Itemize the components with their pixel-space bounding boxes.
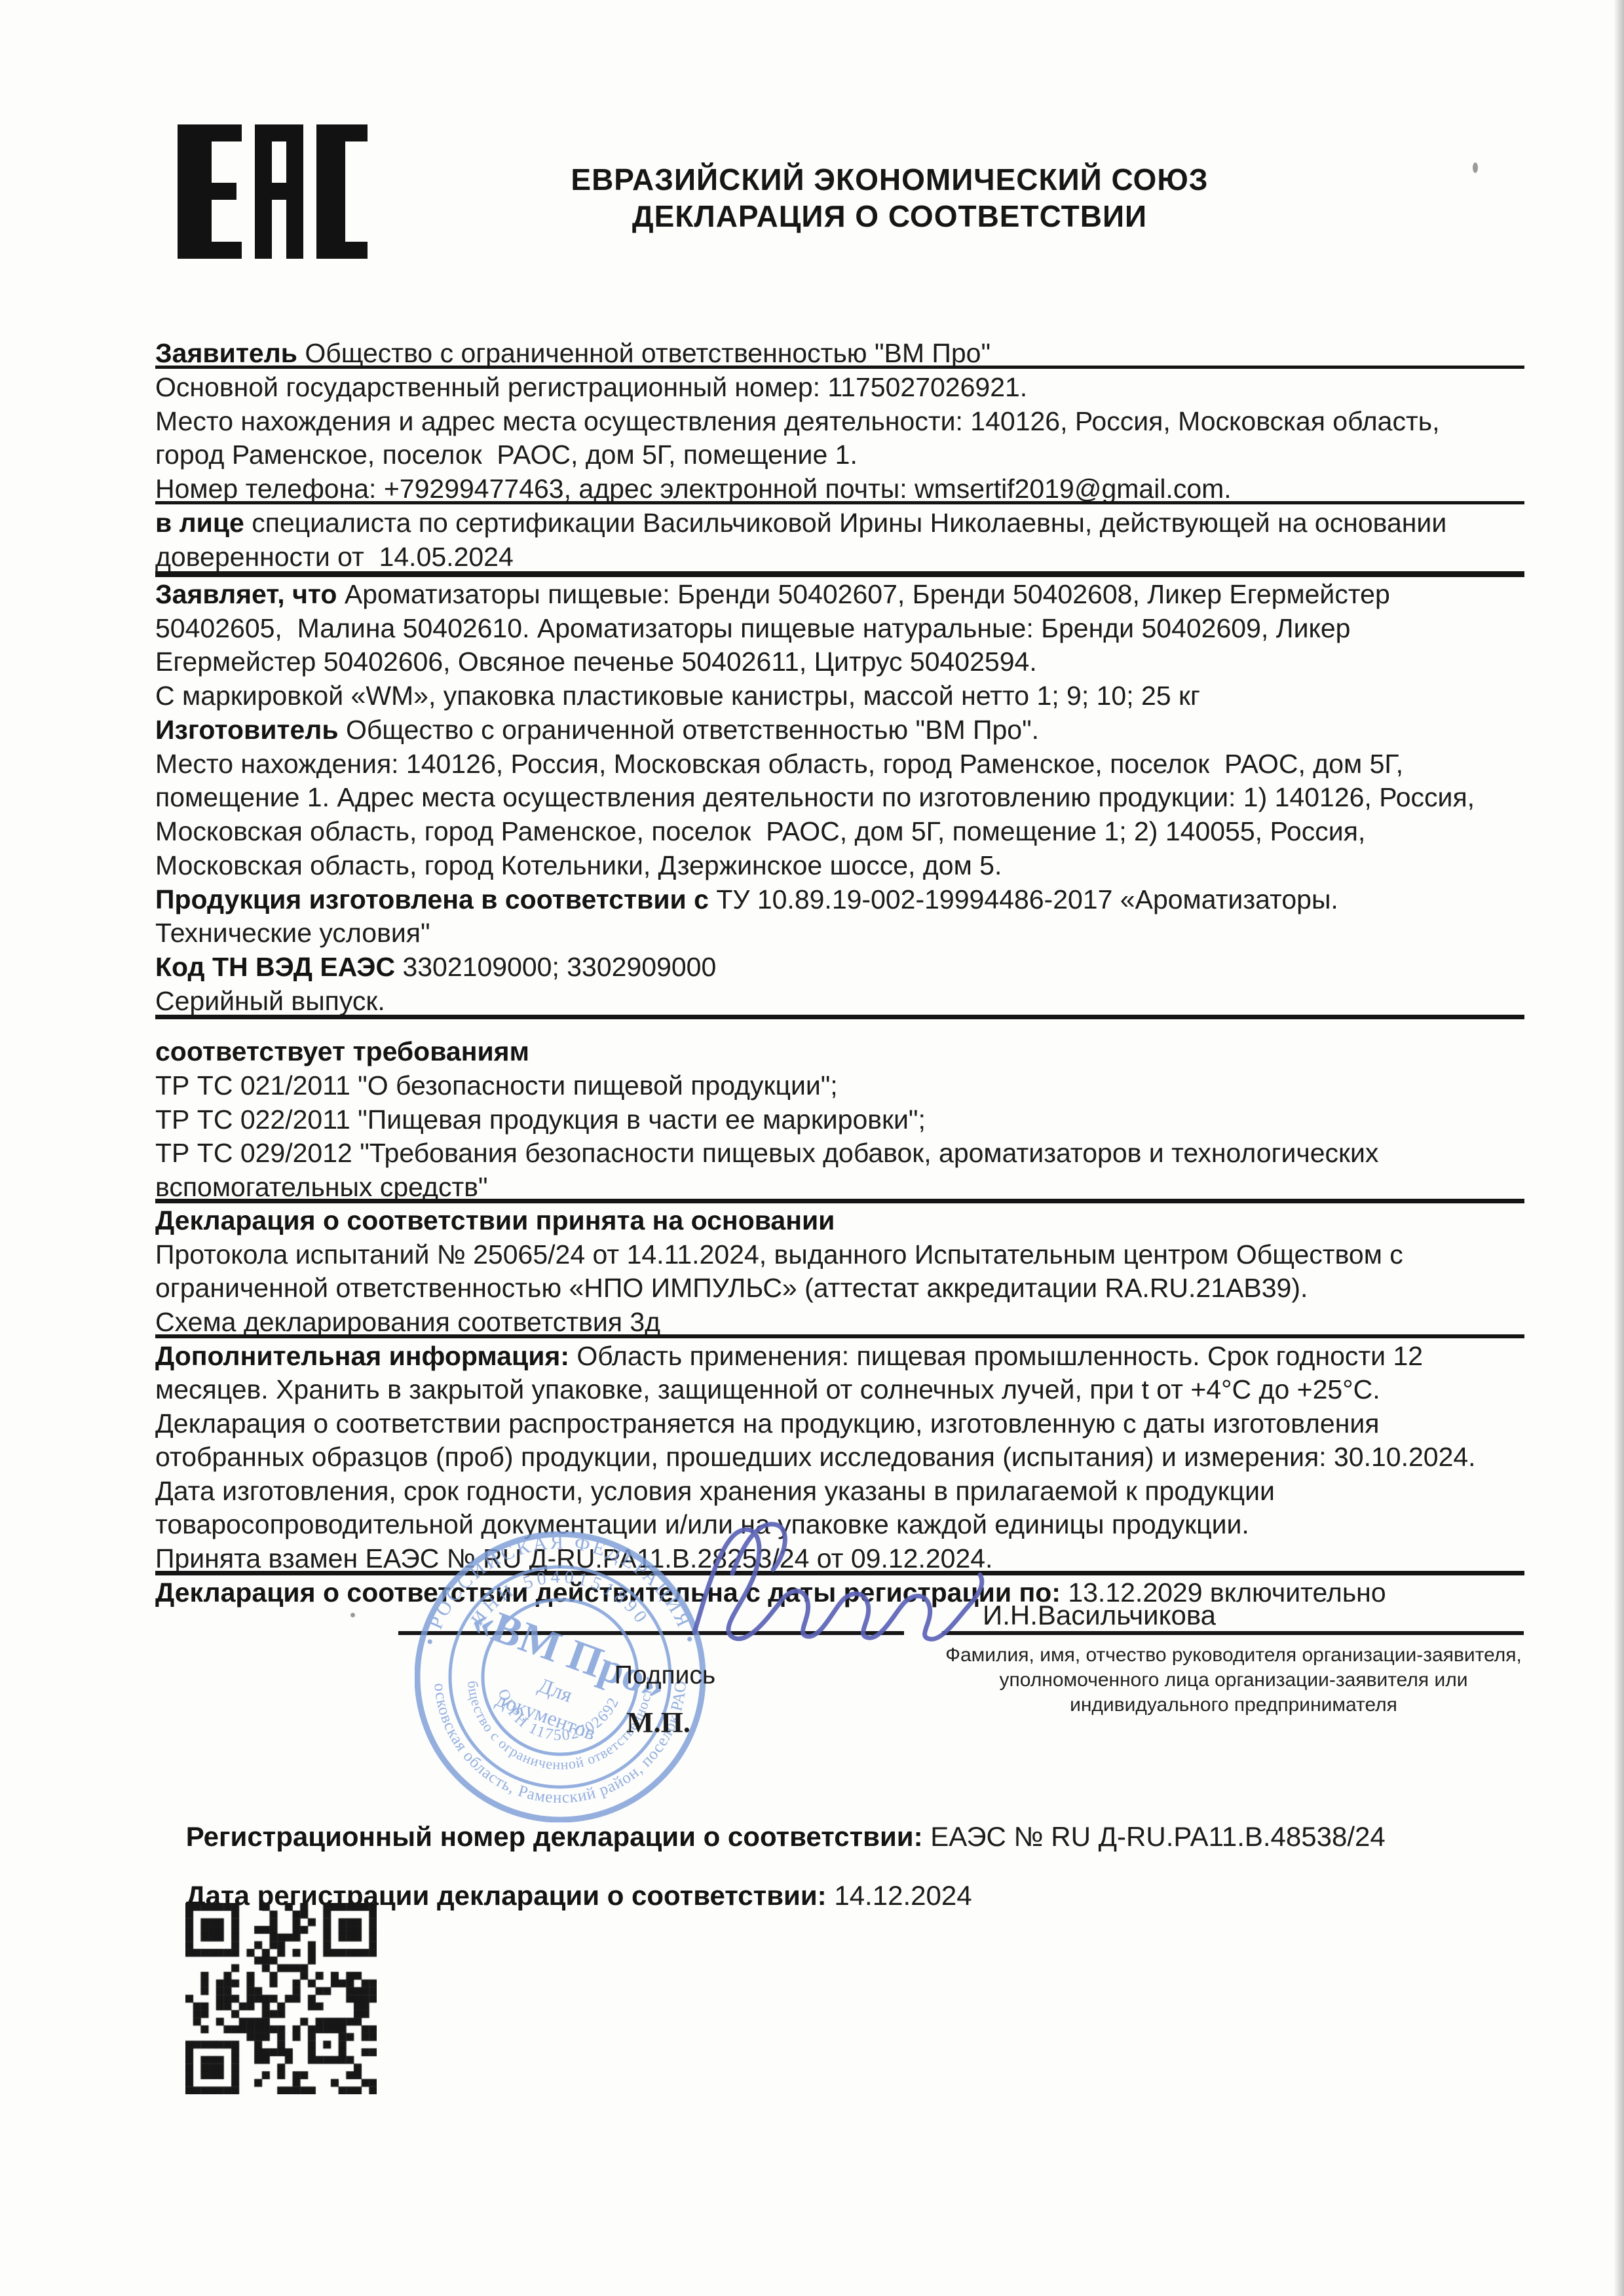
document-line: Дополнительная информация: Область приме… <box>155 1340 1423 1372</box>
document-line: Место нахождения и адрес места осуществл… <box>155 405 1440 438</box>
horizontal-rule <box>155 366 1524 369</box>
horizontal-rule <box>155 571 1524 577</box>
caption-line: Фамилия, имя, отчество руководителя орга… <box>942 1643 1525 1668</box>
mp-seal-label: М.П. <box>593 1706 724 1739</box>
document-line: город Раменское, поселок РАОС, дом 5Г, п… <box>155 438 858 471</box>
document-line: Технические условия" <box>155 916 430 949</box>
document-line: С маркировкой «WM», упаковка пластиковые… <box>155 679 1200 712</box>
document-line: месяцев. Хранить в закрытой упаковке, за… <box>155 1373 1380 1406</box>
document-line: Заявитель Общество с ограниченной ответс… <box>155 337 991 369</box>
registration-number-label: Регистрационный номер декларации о соотв… <box>186 1821 931 1852</box>
document-line: Егермейстер 50402606, Овсяное печенье 50… <box>155 645 1037 678</box>
signatory-name: И.Н.Васильчикова <box>983 1600 1245 1631</box>
document-line: Декларация о соответствии принята на осн… <box>155 1204 835 1237</box>
document-line: доверенности от 14.05.2024 <box>155 540 514 573</box>
registration-date-value: 14.12.2024 <box>834 1880 972 1911</box>
podpis-label: Подпись <box>593 1661 737 1690</box>
scan-edge-shadow <box>1614 0 1624 2296</box>
document-line: Декларация о соответствии распространяет… <box>155 1407 1379 1440</box>
scan-speck <box>350 1613 355 1617</box>
document-line: Заявляет, что Ароматизаторы пищевые: Бре… <box>155 578 1390 611</box>
document-line: Код ТН ВЭД ЕАЭС 3302109000; 3302909000 <box>155 950 716 983</box>
document-line: Схема декларирования соответствия 3д <box>155 1306 660 1338</box>
document-line: Продукция изготовлена в соответствии с Т… <box>155 883 1338 916</box>
horizontal-rule <box>155 501 1524 504</box>
document-line: Номер телефона: +79299477463, адрес элек… <box>155 472 1232 505</box>
document-line: в лице специалиста по сертификации Васил… <box>155 506 1446 539</box>
document-line: соответствует требованиям <box>155 1035 529 1068</box>
title-declaration: ДЕКЛАРАЦИЯ О СООТВЕТСТВИИ <box>459 198 1321 235</box>
document-line: Изготовитель Общество с ограниченной отв… <box>155 713 1039 746</box>
document-line: ТР ТС 029/2012 "Требования безопасности … <box>155 1137 1378 1169</box>
scan-speck <box>1473 162 1478 173</box>
registration-number-value: ЕАЭС № RU Д-RU.РА11.В.48538/24 <box>930 1821 1385 1852</box>
signature-line-right <box>942 1631 1524 1635</box>
document-line: Дата изготовления, срок годности, услови… <box>155 1475 1275 1507</box>
eac-mark-logo <box>174 124 371 259</box>
document-line: помещение 1. Адрес места осуществления д… <box>155 781 1475 814</box>
title-union: ЕВРАЗИЙСКИЙ ЭКОНОМИЧЕСКИЙ СОЮЗ <box>459 161 1321 198</box>
caption-line: индивидуального предпринимателя <box>942 1693 1525 1718</box>
document-line: Протокола испытаний № 25065/24 от 14.11.… <box>155 1238 1403 1271</box>
document-line: ТР ТС 021/2011 "О безопасности пищевой п… <box>155 1069 838 1102</box>
handwritten-signature <box>629 1507 996 1657</box>
document-line: 50402605, Малина 50402610. Ароматизаторы… <box>155 612 1350 645</box>
document-line: Место нахождения: 140126, Россия, Москов… <box>155 747 1403 780</box>
horizontal-rule <box>155 1199 1524 1203</box>
qr-code <box>185 1903 377 2094</box>
caption-line: уполномоченного лица организации-заявите… <box>942 1668 1525 1693</box>
document-line: ограниченной ответственностью «НПО ИМПУЛ… <box>155 1271 1308 1304</box>
horizontal-rule <box>155 1334 1524 1338</box>
document-title: ЕВРАЗИЙСКИЙ ЭКОНОМИЧЕСКИЙ СОЮЗ ДЕКЛАРАЦИ… <box>459 161 1321 235</box>
document-line: Московская область, город Раменское, пос… <box>155 815 1365 848</box>
document-line: ТР ТС 022/2011 "Пищевая продукция в част… <box>155 1103 926 1136</box>
document-line: отобранных образцов (проб) продукции, пр… <box>155 1440 1476 1473</box>
signature-caption: Фамилия, имя, отчество руководителя орга… <box>942 1643 1525 1718</box>
document-line: Серийный выпуск. <box>155 985 385 1017</box>
horizontal-rule <box>155 1015 1524 1019</box>
declaration-document-page: ЕВРАЗИЙСКИЙ ЭКОНОМИЧЕСКИЙ СОЮЗ ДЕКЛАРАЦИ… <box>0 0 1624 2296</box>
document-line: Московская область, город Котельники, Дз… <box>155 849 1002 882</box>
document-line: Основной государственный регистрационный… <box>155 371 1027 404</box>
